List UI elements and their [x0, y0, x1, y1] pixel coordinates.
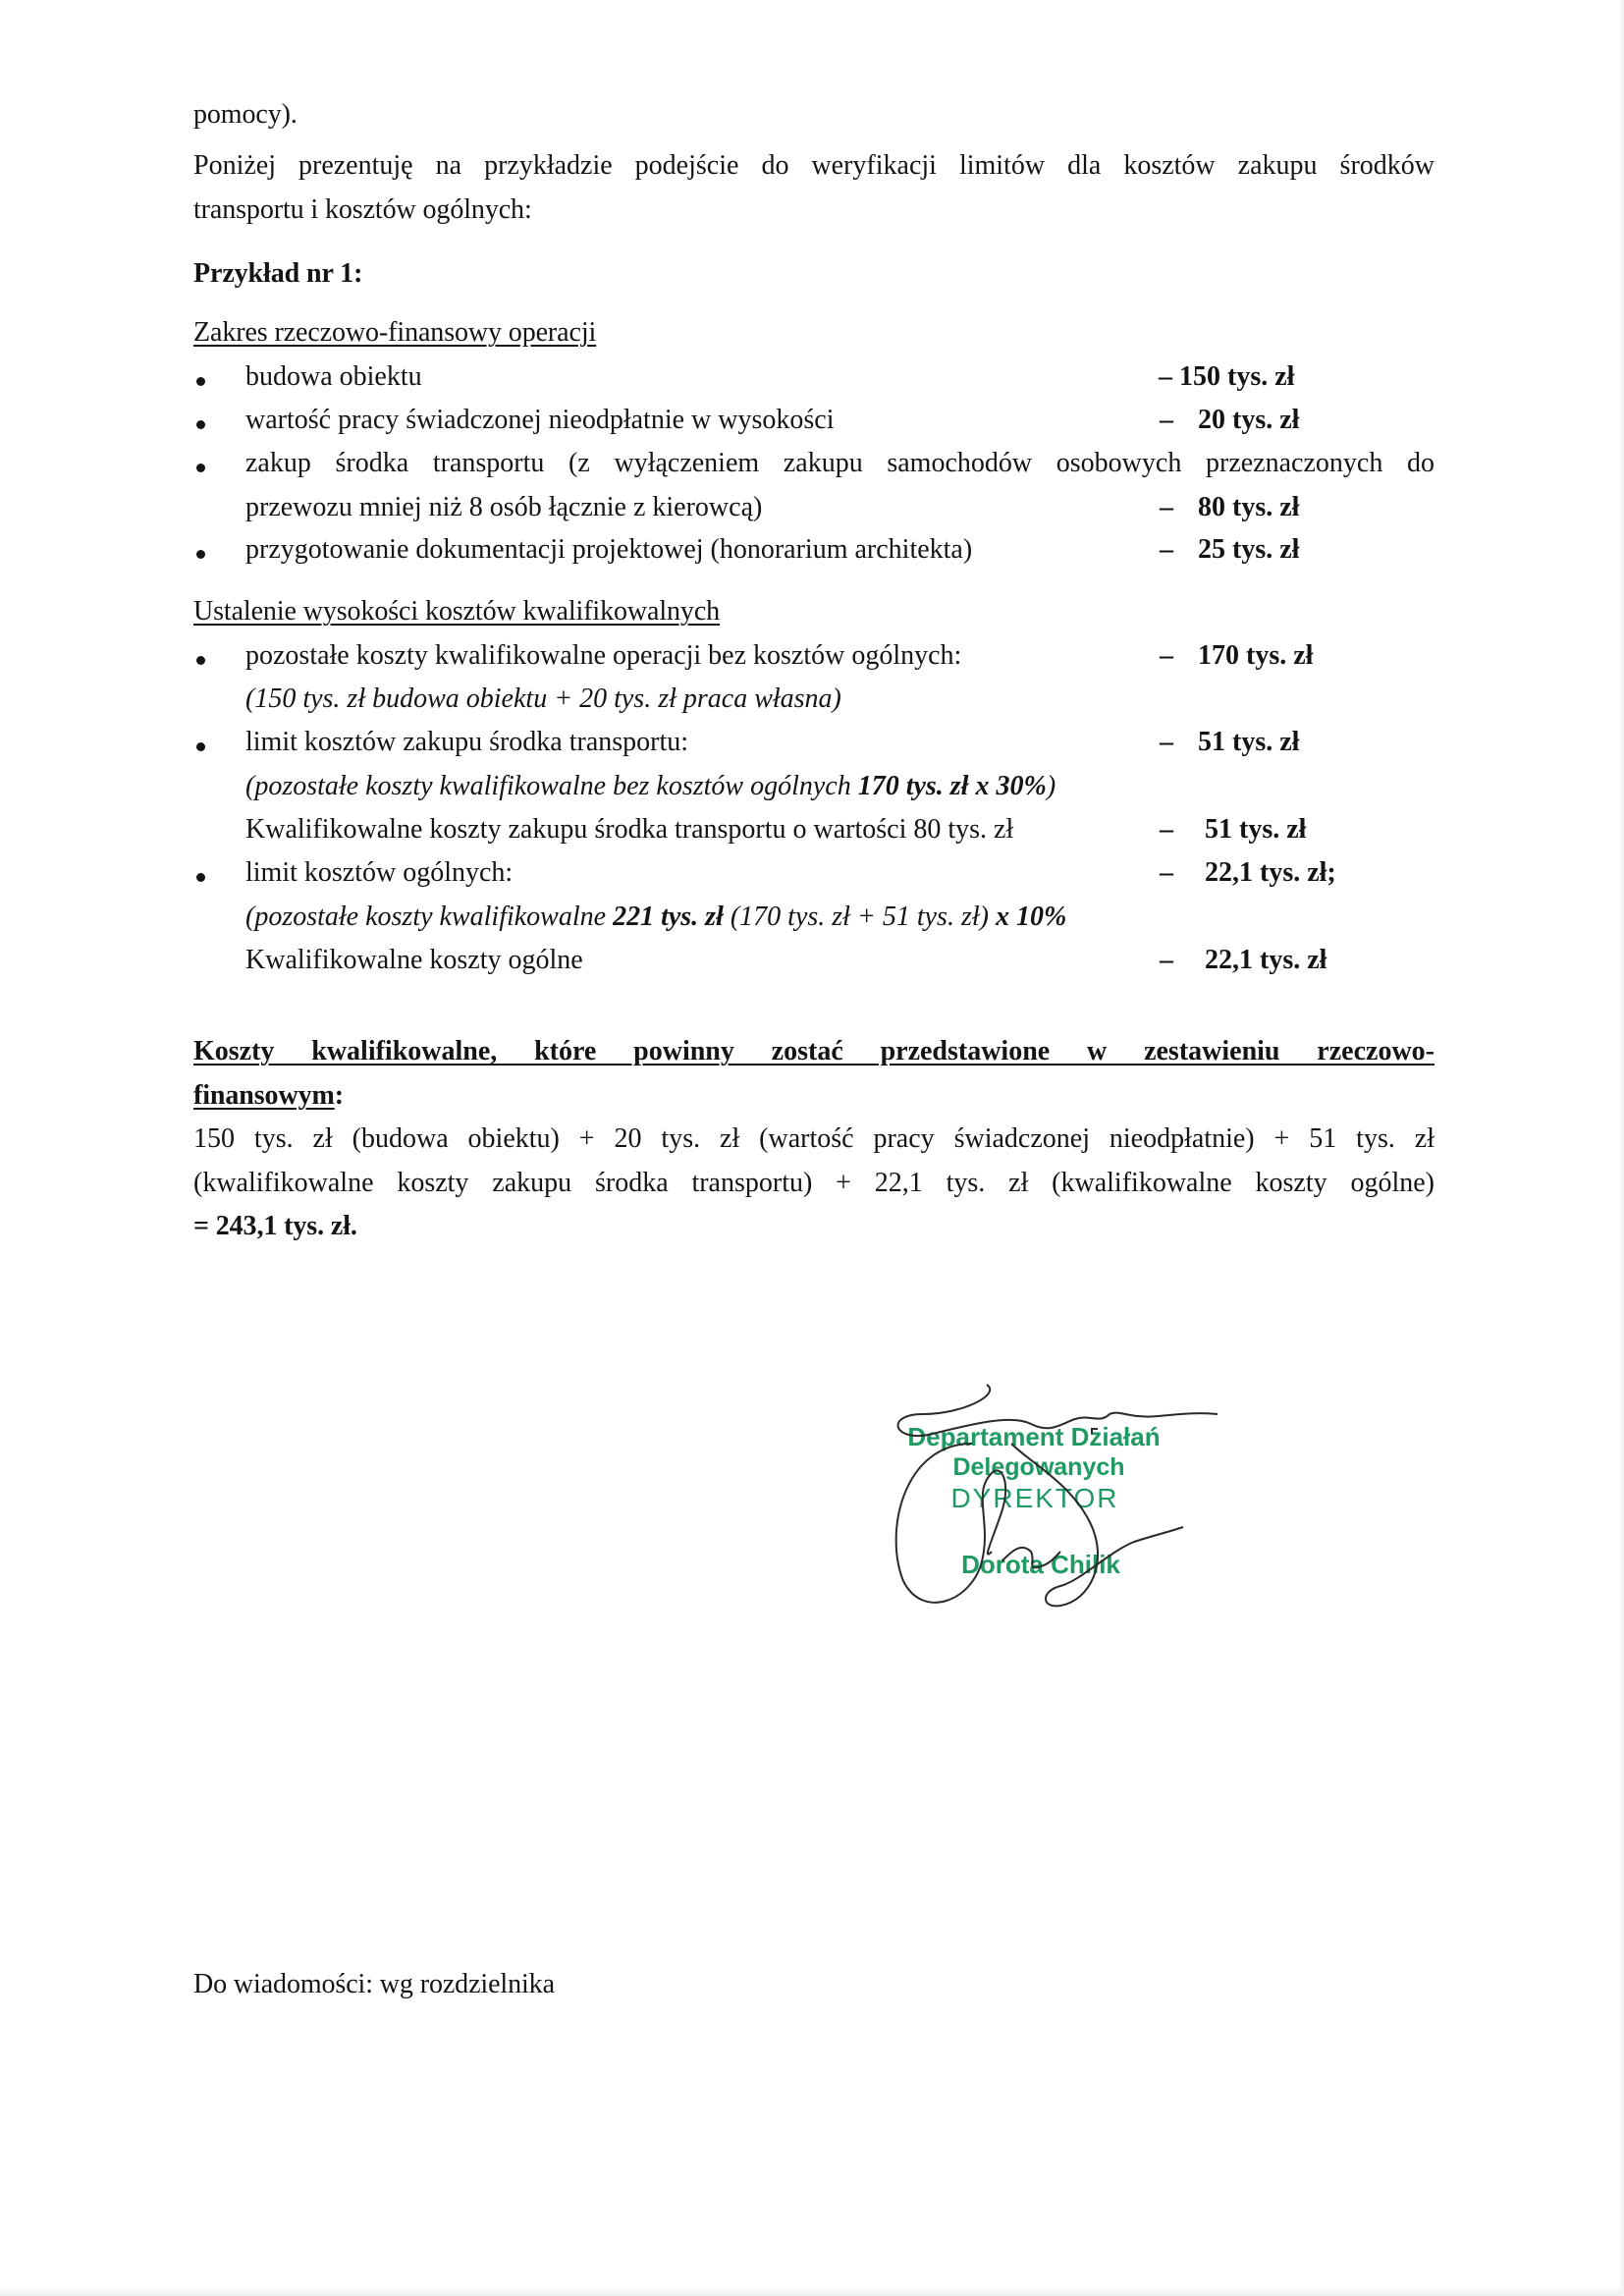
summary-body-line1: 150 tys. zł (budowa obiektu) + 20 tys. z… — [193, 1122, 1435, 1156]
summary-heading-line1: Koszty kwalifikowalne, które powinny zos… — [193, 1035, 1435, 1068]
summary-heading-line2: finansowym: — [193, 1079, 344, 1113]
eligible-item-subdash: – — [1160, 944, 1173, 977]
bullet-icon — [196, 550, 205, 559]
eligible-item-note: (150 tys. zł budowa obiektu + 20 tys. zł… — [245, 683, 841, 716]
signature-icon — [864, 1355, 1257, 1650]
intro-end: pomocy). — [193, 98, 298, 132]
scope-item-amount: 25 tys. zł — [1198, 533, 1299, 567]
eligible-section-title: Ustalenie wysokości kosztów kwalifikowal… — [193, 595, 720, 629]
scope-item-dash: – — [1160, 491, 1173, 524]
bullet-icon — [196, 420, 205, 429]
eligible-item-dash: – — [1160, 726, 1173, 759]
footer-distribution-note: Do wiadomości: wg rozdzielnika — [193, 1968, 555, 2001]
eligible-item-note: (pozostałe koszty kwalifikowalne 221 tys… — [245, 901, 1066, 934]
eligible-item-amount: 170 tys. zł — [1198, 639, 1313, 673]
scope-item-label: wartość pracy świadczonej nieodpłatnie w… — [245, 404, 834, 437]
scan-edge-bottom — [0, 2288, 1624, 2296]
scope-item-label-line2: przewozu mniej niż 8 osób łącznie z kier… — [245, 491, 762, 524]
scope-item-amount: 80 tys. zł — [1198, 491, 1299, 524]
eligible-item-label: limit kosztów ogólnych: — [245, 856, 513, 890]
director-stamp: Departament Działań Delegowanych DYREKTO… — [864, 1355, 1257, 1650]
scope-item-label-line1: zakup środka transportu (z wyłączeniem z… — [245, 447, 1435, 480]
bullet-icon — [196, 377, 205, 386]
scope-item-dash: – — [1160, 533, 1173, 567]
eligible-item-sublabel: Kwalifikowalne koszty zakupu środka tran… — [245, 813, 1013, 847]
eligible-item-label: pozostałe koszty kwalifikowalne operacji… — [245, 639, 961, 673]
eligible-item-subdash: – — [1160, 813, 1173, 847]
scope-item-amount: 20 tys. zł — [1198, 404, 1299, 437]
bullet-icon — [196, 873, 205, 882]
summary-body-line2: (kwalifikowalne koszty zakupu środka tra… — [193, 1167, 1435, 1200]
example-heading: Przykład nr 1: — [193, 257, 362, 291]
intro-paragraph-line1: Poniżej prezentuję na przykładzie podejś… — [193, 149, 1435, 183]
eligible-item-amount: 22,1 tys. zł; — [1205, 856, 1336, 890]
scope-section-title: Zakres rzeczowo-finansowy operacji — [193, 316, 596, 350]
bullet-icon — [196, 742, 205, 751]
eligible-item-sublabel: Kwalifikowalne koszty ogólne — [245, 944, 583, 977]
eligible-item-amount: 51 tys. zł — [1198, 726, 1299, 759]
eligible-item-note: (pozostałe koszty kwalifikowalne bez kos… — [245, 770, 1056, 803]
bullet-icon — [196, 464, 205, 472]
scope-item-dash: – — [1160, 404, 1173, 437]
eligible-item-subamount: 22,1 tys. zł — [1205, 944, 1326, 977]
document-page: pomocy). Poniżej prezentuję na przykładz… — [0, 0, 1624, 2296]
scope-item-label: przygotowanie dokumentacji projektowej (… — [245, 533, 972, 567]
eligible-item-dash: – — [1160, 639, 1173, 673]
eligible-item-dash: – — [1160, 856, 1173, 890]
eligible-item-subamount: 51 tys. zł — [1205, 813, 1306, 847]
summary-total: = 243,1 tys. zł. — [193, 1210, 357, 1243]
eligible-item-label: limit kosztów zakupu środka transportu: — [245, 726, 688, 759]
scope-item-label: budowa obiektu — [245, 360, 422, 394]
bullet-icon — [196, 656, 205, 665]
intro-paragraph-line2: transportu i kosztów ogólnych: — [193, 193, 532, 227]
scope-item-amount: – 150 tys. zł — [1159, 360, 1294, 394]
